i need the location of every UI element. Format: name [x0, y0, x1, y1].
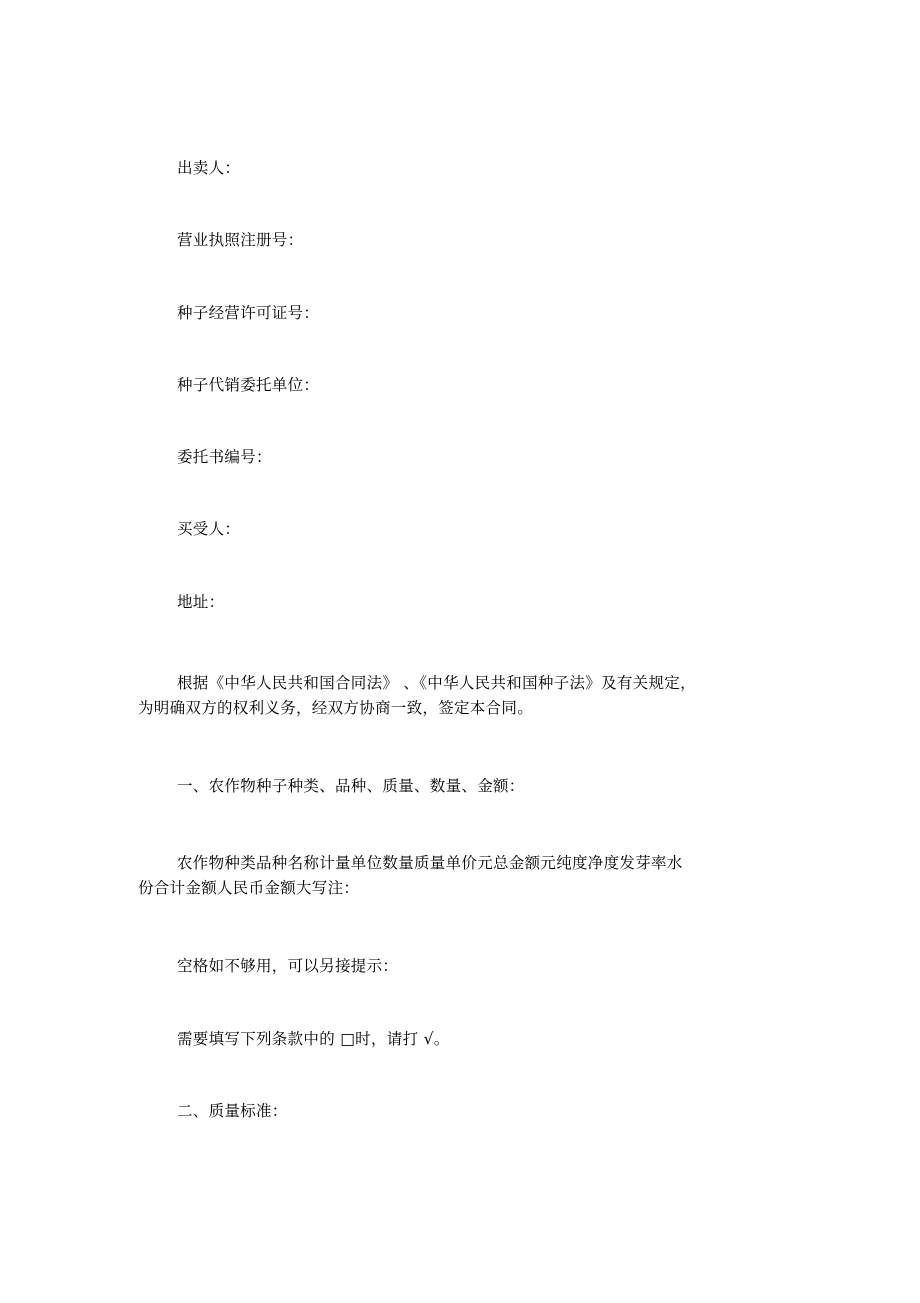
business-license-field: 营业执照注册号：	[177, 229, 303, 251]
seller-field: 出卖人：	[177, 157, 240, 179]
seed-license-field: 种子经营许可证号：	[177, 302, 319, 324]
buyer-field: 买受人：	[177, 518, 240, 540]
consignor-field: 种子代销委托单位：	[177, 374, 319, 396]
table-text-line-2: 份合计金额人民币金额大写注：	[138, 877, 359, 899]
table-text-line-1: 农作物种类品种名称计量单位数量质量单价元总金额元纯度净度发芽率水	[177, 852, 683, 874]
authorization-number-field: 委托书编号：	[177, 446, 272, 468]
preamble-line-1: 根据《中华人民共和国合同法》 、《中华人民共和国种子法》及有关规定，	[177, 672, 696, 694]
section-1-heading: 一、农作物种子种类、品种、质量、数量、金额：	[177, 775, 525, 797]
preamble-line-2: 为明确双方的权利义务，经双方协商一致，签定本合同。	[138, 697, 533, 719]
section-2-heading: 二、质量标准：	[177, 1100, 288, 1122]
note-spacing: 空格如不够用，可以另接提示：	[177, 955, 398, 977]
note-checkbox-instruction: 需要填写下列条款中的 □时，请打 √。	[177, 1028, 450, 1050]
address-field: 地址：	[177, 591, 224, 613]
